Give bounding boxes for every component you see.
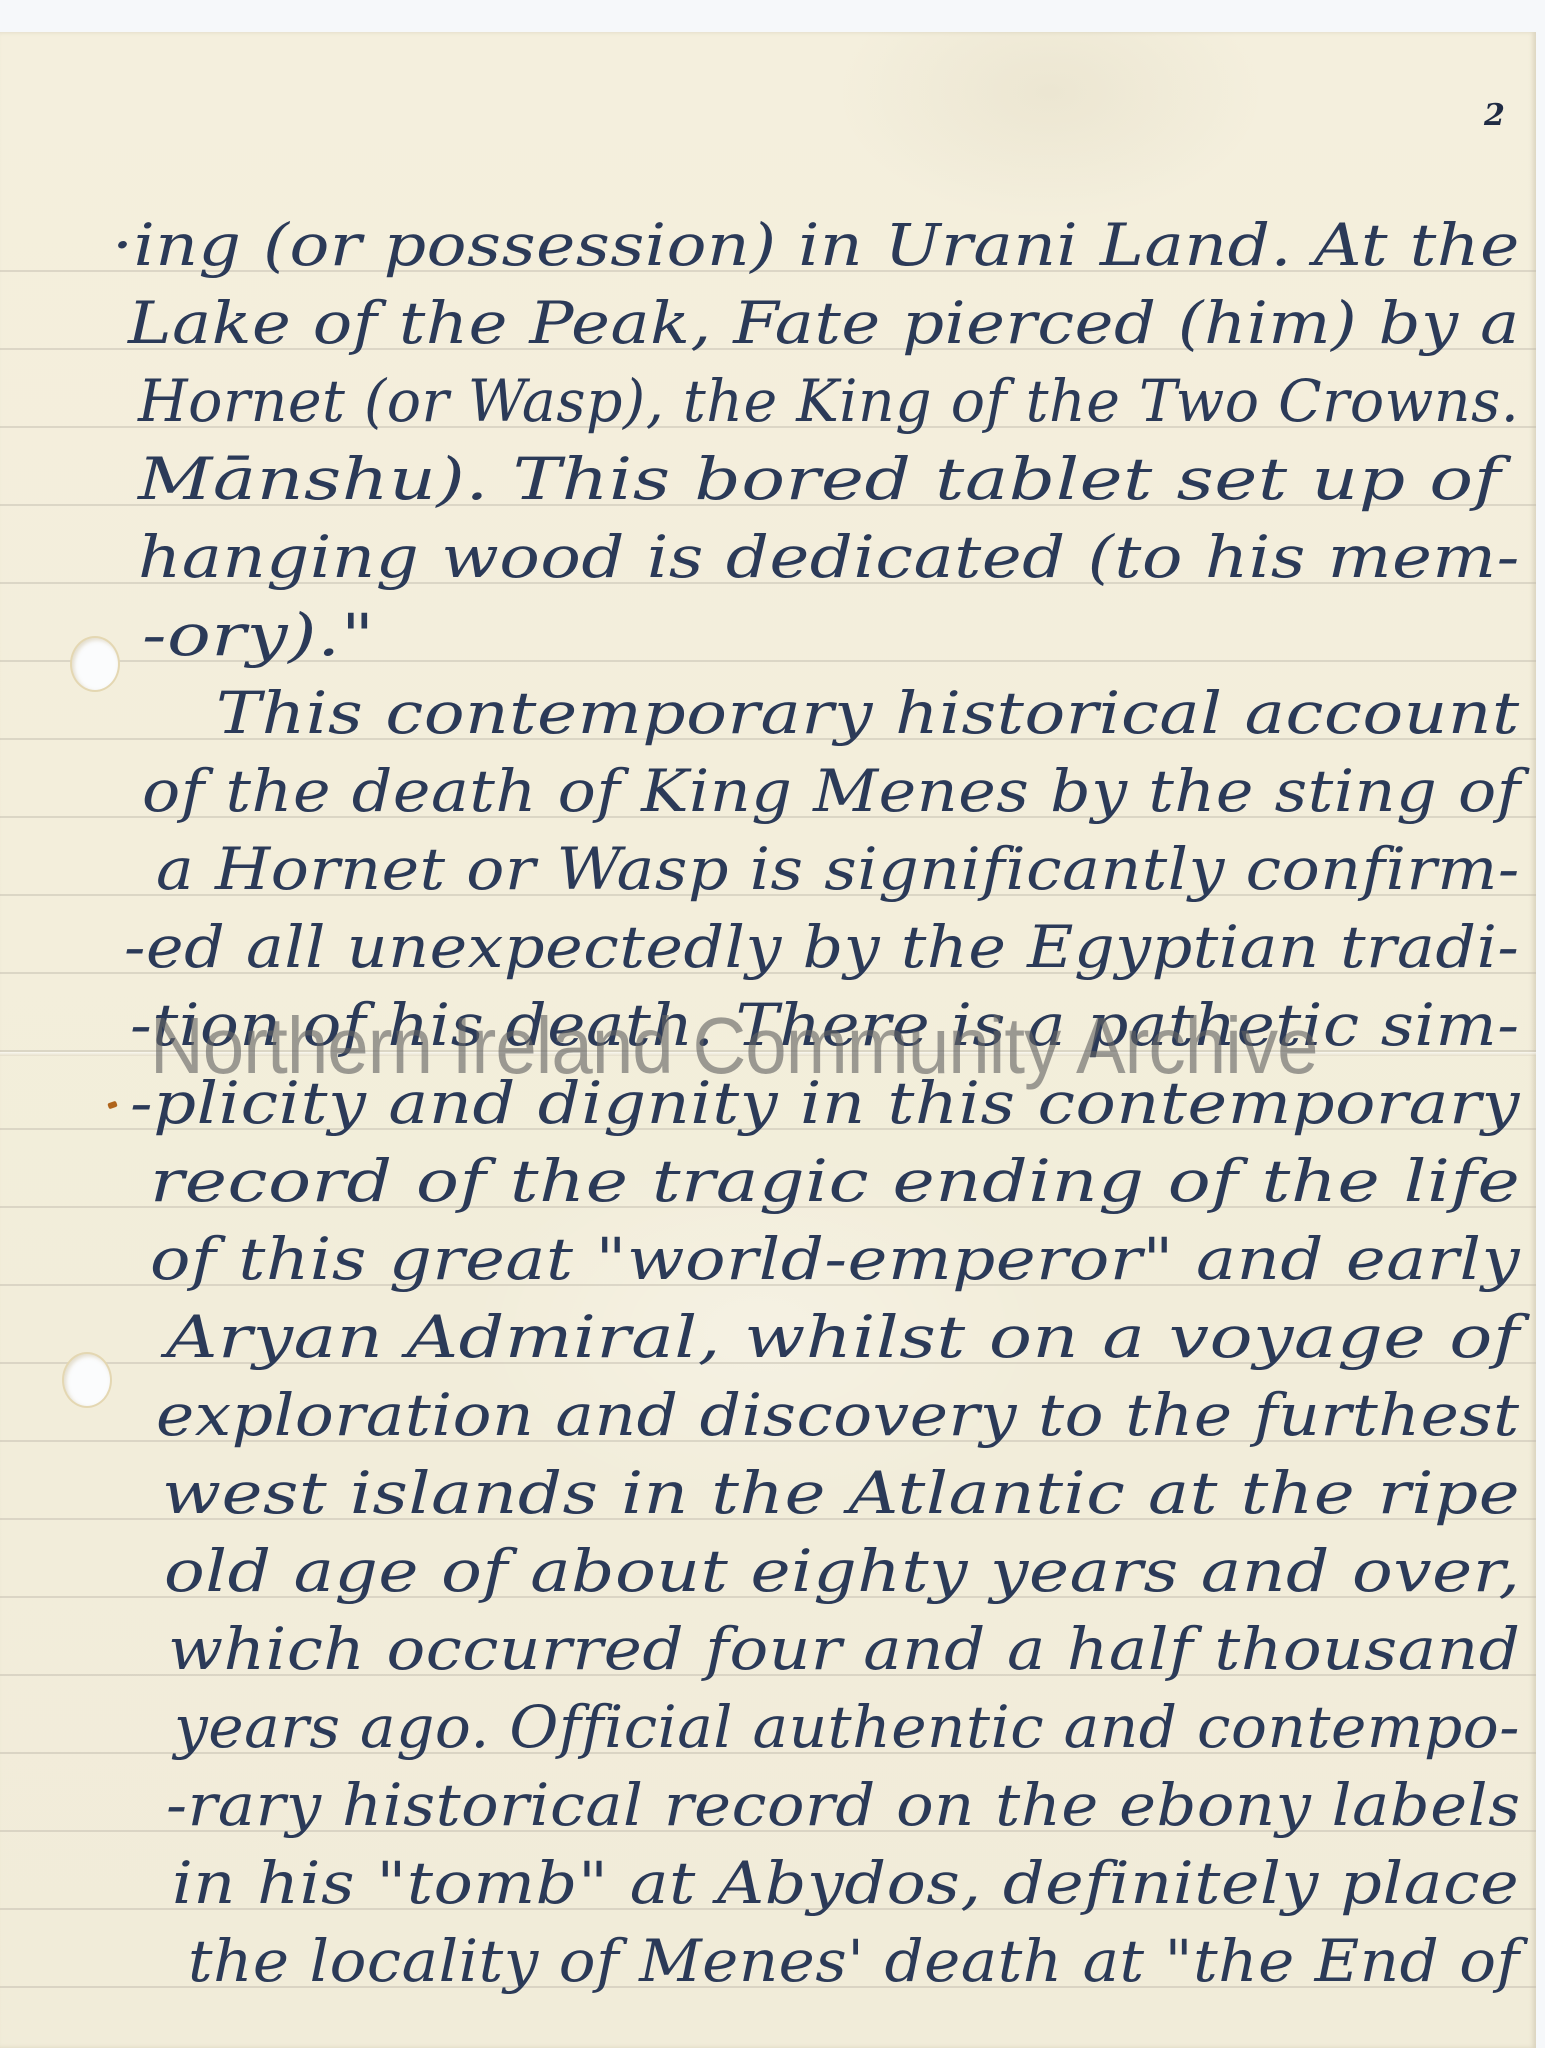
text-line: record of the tragic ending of the life: [150, 1152, 1520, 1210]
text-line: the locality of Menes' death at "the End…: [188, 1932, 1520, 1990]
text-line: Hornet (or Wasp), the King of the Two Cr…: [138, 372, 1519, 430]
text-line: of this great "world-emperor" and early: [150, 1230, 1520, 1288]
text-line: ·ing (or possession) in Urani Land. At t…: [112, 216, 1520, 274]
text-line: This contemporary historical account: [216, 684, 1520, 742]
text-line: years ago. Official authentic and contem…: [174, 1698, 1520, 1756]
archive-watermark: Northern Ireland Community Archive: [150, 1006, 1318, 1086]
text-line: -rary historical record on the ebony lab…: [166, 1776, 1521, 1834]
text-line: hanging wood is dedicated (to his mem-: [138, 528, 1520, 586]
text-line: of the death of King Menes by the sting …: [142, 762, 1521, 820]
text-line: Lake of the Peak, Fate pierced (him) by …: [128, 294, 1520, 352]
text-line: in his "tomb" at Abydos, definitely plac…: [172, 1854, 1519, 1912]
punch-hole: [64, 1354, 110, 1406]
punch-hole: [72, 638, 118, 690]
page-number: 2: [1484, 98, 1505, 133]
margin-tick-mark: [107, 1101, 118, 1110]
text-line: a Hornet or Wasp is significantly confir…: [156, 840, 1520, 898]
text-line: Mānshu). This bored tablet set up of: [138, 450, 1501, 508]
text-line: Aryan Admiral, whilst on a voyage of: [166, 1308, 1520, 1366]
text-line: -ory).": [142, 606, 375, 664]
text-line: old age of about eighty years and over,: [164, 1542, 1520, 1600]
letter-page: 2 ·ing (or possession) in Urani Land. At…: [0, 32, 1536, 2048]
text-line: which occurred four and a half thousand: [168, 1620, 1521, 1678]
text-line: west islands in the Atlantic at the ripe: [162, 1464, 1520, 1522]
text-line: -ed all unexpectedly by the Egyptian tra…: [124, 918, 1519, 976]
text-line: exploration and discovery to the furthes…: [156, 1386, 1520, 1444]
